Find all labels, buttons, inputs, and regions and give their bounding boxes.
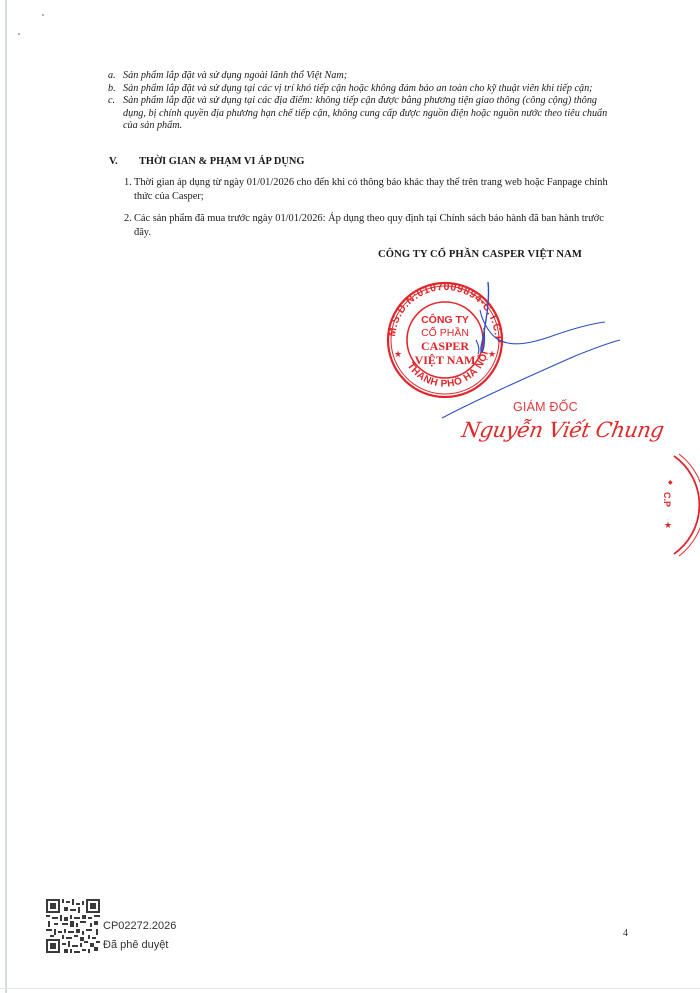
application-item-2: 2. Các sản phẩm đã mua trước ngày 01/01/…	[124, 212, 618, 239]
exclusion-item-c: c. Sản phẩm lắp đặt và sử dụng tại các đ…	[108, 95, 616, 133]
list-marker: 1.	[124, 176, 132, 190]
list-marker: c.	[108, 95, 115, 108]
page-left-edge	[5, 0, 7, 993]
approval-status: Đã phê duyệt	[103, 939, 168, 951]
signatory-name: Nguyễn Viết Chung	[460, 418, 666, 442]
exclusion-item-a: a. Sản phẩm lắp đặt và sử dụng ngoài lãn…	[108, 70, 616, 83]
partial-seal-icon: ◆ C.P ★	[660, 450, 700, 560]
scan-speck	[18, 33, 20, 35]
application-text: Thời gian áp dụng từ ngày 01/01/2026 cho…	[134, 177, 608, 202]
section-title: THỜI GIAN & PHẠM VI ÁP DỤNG	[139, 156, 304, 167]
application-text: Các sản phẩm đã mua trước ngày 01/01/202…	[134, 213, 604, 238]
signature-stroke-icon	[380, 280, 630, 440]
company-name: CÔNG TY CỔ PHẦN CASPER VIỆT NAM	[378, 249, 582, 260]
application-list: 1. Thời gian áp dụng từ ngày 01/01/2026 …	[124, 176, 618, 248]
list-marker: 2.	[124, 212, 132, 226]
exclusion-list: a. Sản phẩm lắp đặt và sử dụng ngoài lãn…	[108, 70, 616, 133]
exclusion-text: Sản phẩm lắp đặt và sử dụng tại các vị t…	[123, 83, 593, 94]
section-heading: V.THỜI GIAN & PHẠM VI ÁP DỤNG	[109, 156, 304, 167]
page-number: 4	[623, 928, 628, 939]
partial-seal-text: C.P	[662, 492, 672, 507]
signatory-title: GIÁM ĐỐC	[513, 400, 578, 414]
qr-code-icon[interactable]	[46, 899, 100, 953]
exclusion-text: Sản phẩm lắp đặt và sử dụng tại các địa …	[123, 95, 607, 131]
list-marker: a.	[108, 70, 116, 83]
section-number: V.	[109, 156, 139, 167]
svg-text:★: ★	[664, 520, 672, 530]
scan-speck	[42, 14, 44, 16]
page-bottom-edge	[0, 988, 700, 989]
application-item-1: 1. Thời gian áp dụng từ ngày 01/01/2026 …	[124, 176, 618, 203]
svg-text:◆: ◆	[668, 480, 673, 486]
exclusion-item-b: b. Sản phẩm lắp đặt và sử dụng tại các v…	[108, 83, 616, 96]
list-marker: b.	[108, 83, 116, 96]
document-code: CP02272.2026	[103, 920, 176, 932]
exclusion-text: Sản phẩm lắp đặt và sử dụng ngoài lãnh t…	[123, 70, 347, 81]
